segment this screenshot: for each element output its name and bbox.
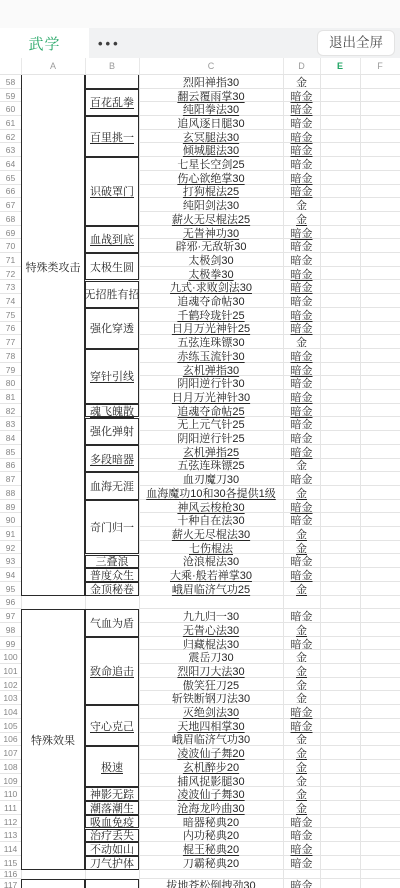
row-number[interactable]: 112 <box>0 815 21 829</box>
row-number[interactable]: 97 <box>0 609 21 623</box>
cell-skill-C117[interactable]: 拔地苍松倒拽劲30 <box>139 879 283 888</box>
merged-group-cell[interactable] <box>85 879 139 888</box>
cell-quality-D117[interactable]: 暗金 <box>283 879 320 888</box>
merged-group-cell[interactable]: 穿针引线 <box>85 349 139 404</box>
row-number[interactable]: 103 <box>0 692 21 706</box>
merged-group-cell[interactable]: 守心克己 <box>85 705 139 746</box>
group-label: 识破罩门 <box>90 183 134 199</box>
row-number[interactable]: 76 <box>0 322 21 336</box>
row-number[interactable]: 78 <box>0 349 21 363</box>
grid-vline <box>320 58 321 74</box>
group-label: 百花乱拳 <box>90 94 134 110</box>
sheet-grid: 58烈阳禅指30金59翻云覆雨掌30暗金60纯阳拳法30暗金61追风逐日腿30暗… <box>0 75 400 888</box>
row-number[interactable]: 72 <box>0 267 21 281</box>
merged-group-cell[interactable]: 百花乱拳 <box>85 89 139 116</box>
grid-vline <box>85 58 86 74</box>
grid-vline <box>360 58 361 74</box>
merged-group-cell[interactable]: 血战到底 <box>85 226 139 253</box>
row-number[interactable]: 60 <box>0 102 21 116</box>
row-number[interactable]: 79 <box>0 363 21 377</box>
group-label: 太极生圆 <box>90 259 134 275</box>
group-label: 强化穿透 <box>90 320 134 336</box>
section-label: 特殊效果 <box>22 732 84 748</box>
cell-quality-D95[interactable]: 金 <box>283 582 320 596</box>
spreadsheet-app: 武学 ••• 退出全屏 ABCDEF 58烈阳禅指30金59翻云覆雨掌30暗金6… <box>0 0 400 888</box>
group-label: 多段暗器 <box>90 451 134 467</box>
grid-vline <box>283 58 284 74</box>
row-number[interactable]: 91 <box>0 527 21 541</box>
group-label: 气血为盾 <box>90 615 134 631</box>
row-number[interactable]: 84 <box>0 431 21 445</box>
merged-group-cell[interactable]: 太极生圆 <box>85 253 139 280</box>
column-letter-A[interactable]: A <box>41 58 65 74</box>
grid-vline <box>139 58 140 74</box>
row-number[interactable]: 104 <box>0 705 21 719</box>
row-number[interactable]: 98 <box>0 623 21 637</box>
group-label: 血战到底 <box>90 231 134 247</box>
merged-group-cell[interactable]: 百里挑一 <box>85 116 139 157</box>
row-number[interactable]: 115 <box>0 856 21 870</box>
row-number[interactable]: 83 <box>0 418 21 432</box>
row-number[interactable]: 66 <box>0 185 21 199</box>
merged-group-cell[interactable]: 多段暗器 <box>85 445 139 472</box>
column-letter-E[interactable]: E <box>328 58 352 74</box>
merged-group-cell[interactable]: 刀气护体 <box>85 856 139 870</box>
row-number[interactable]: 65 <box>0 171 21 185</box>
row-number[interactable]: 63 <box>0 144 21 158</box>
group-label: 百里挑一 <box>90 129 134 145</box>
group-label: 守心克己 <box>90 718 134 734</box>
row-number[interactable]: 92 <box>0 541 21 555</box>
row-number[interactable]: 61 <box>0 116 21 130</box>
row-number[interactable]: 108 <box>0 760 21 774</box>
merged-group-cell[interactable]: 强化弹射 <box>85 418 139 445</box>
row-number[interactable]: 107 <box>0 746 21 760</box>
merged-group-cell[interactable]: 气血为盾 <box>85 609 139 636</box>
more-tabs-button[interactable]: ••• <box>98 28 121 58</box>
row-number[interactable]: 68 <box>0 212 21 226</box>
tab-wuxue[interactable]: 武学 <box>0 28 89 58</box>
cell-quality-D115[interactable]: 暗金 <box>283 856 320 870</box>
row-number[interactable]: 93 <box>0 555 21 569</box>
row-number[interactable]: 94 <box>0 568 21 582</box>
row-number[interactable]: 99 <box>0 637 21 651</box>
group-label: 刀气护体 <box>90 855 134 871</box>
merged-group-cell[interactable]: 奇门归一 <box>85 500 139 555</box>
group-label: 强化弹射 <box>90 423 134 439</box>
row-number[interactable]: 113 <box>0 829 21 843</box>
row-number[interactable]: 64 <box>0 157 21 171</box>
group-label: 魂飞魄散 <box>90 403 134 419</box>
row-number[interactable]: 110 <box>0 787 21 801</box>
row-number[interactable]: 114 <box>0 842 21 856</box>
top-strip <box>0 0 400 28</box>
tab-wuxue-label: 武学 <box>28 33 60 54</box>
group-label: 穿针引线 <box>90 368 134 384</box>
exit-fullscreen-button[interactable]: 退出全屏 <box>317 30 395 56</box>
row-number[interactable]: 116 <box>0 870 21 879</box>
column-header-row: ABCDEF <box>0 58 400 75</box>
row-number[interactable]: 101 <box>0 664 21 678</box>
section-label: 特殊类攻击 <box>22 259 84 275</box>
merged-section-cell[interactable]: 特殊效果 <box>21 609 85 869</box>
row-number[interactable]: 88 <box>0 486 21 500</box>
column-letter-D[interactable]: D <box>290 58 314 74</box>
row-number[interactable]: 86 <box>0 459 21 473</box>
row-number[interactable]: 87 <box>0 472 21 486</box>
row-number[interactable]: 81 <box>0 390 21 404</box>
cell-skill-C115[interactable]: 刀霸秘典20 <box>139 856 283 870</box>
merged-group-cell[interactable]: 无招胜有招 <box>85 281 139 308</box>
row-number[interactable]: 96 <box>0 596 21 610</box>
grid-vline <box>21 58 22 74</box>
cell-skill-C95[interactable]: 峨眉临济气功25 <box>139 582 283 596</box>
group-label: 金顶秘卷 <box>90 581 134 597</box>
column-letter-B[interactable]: B <box>100 58 124 74</box>
column-letter-C[interactable]: C <box>199 58 223 74</box>
row-number[interactable]: 111 <box>0 801 21 815</box>
row-number[interactable]: 59 <box>0 89 21 103</box>
merged-group-cell[interactable]: 识破罩门 <box>85 157 139 226</box>
merged-group-cell[interactable]: 极速 <box>85 746 139 787</box>
group-label: 血海无涯 <box>90 478 134 494</box>
merged-group-cell[interactable] <box>85 75 139 89</box>
row-number[interactable]: 62 <box>0 130 21 144</box>
row-number[interactable]: 95 <box>0 582 21 596</box>
merged-group-cell[interactable]: 金顶秘卷 <box>85 582 139 596</box>
row-number[interactable]: 105 <box>0 719 21 733</box>
row-number[interactable]: 102 <box>0 678 21 692</box>
row-number[interactable]: 100 <box>0 650 21 664</box>
row-number[interactable]: 67 <box>0 198 21 212</box>
row-number[interactable]: 90 <box>0 513 21 527</box>
row-number[interactable]: 75 <box>0 308 21 322</box>
row-number[interactable]: 89 <box>0 500 21 514</box>
row-number[interactable]: 74 <box>0 294 21 308</box>
row-number[interactable]: 69 <box>0 226 21 240</box>
merged-group-cell[interactable]: 魂飞魄散 <box>85 404 139 418</box>
row-number[interactable]: 109 <box>0 774 21 788</box>
row-number[interactable]: 58 <box>0 75 21 89</box>
row-number[interactable]: 117 <box>0 879 21 888</box>
sheet-tab-bar: 武学 ••• 退出全屏 <box>0 28 400 58</box>
row-number[interactable]: 106 <box>0 733 21 747</box>
column-letter-F[interactable]: F <box>368 58 392 74</box>
merged-group-cell[interactable]: 血海无涯 <box>85 472 139 499</box>
group-label: 极速 <box>101 759 123 775</box>
row-number[interactable]: 80 <box>0 376 21 390</box>
row-number[interactable]: 73 <box>0 281 21 295</box>
group-label: 无招胜有招 <box>85 286 140 302</box>
merged-section-cell[interactable] <box>21 879 85 888</box>
merged-section-cell[interactable]: 特殊类攻击 <box>21 75 85 596</box>
row-number[interactable]: 77 <box>0 335 21 349</box>
row-number[interactable]: 85 <box>0 445 21 459</box>
row-number[interactable]: 71 <box>0 253 21 267</box>
merged-group-cell[interactable]: 致命追击 <box>85 637 139 706</box>
row-number[interactable]: 82 <box>0 404 21 418</box>
row-number[interactable]: 70 <box>0 239 21 253</box>
group-label: 致命追击 <box>90 663 134 679</box>
merged-group-cell[interactable]: 强化穿透 <box>85 308 139 349</box>
group-label: 奇门归一 <box>90 519 134 535</box>
